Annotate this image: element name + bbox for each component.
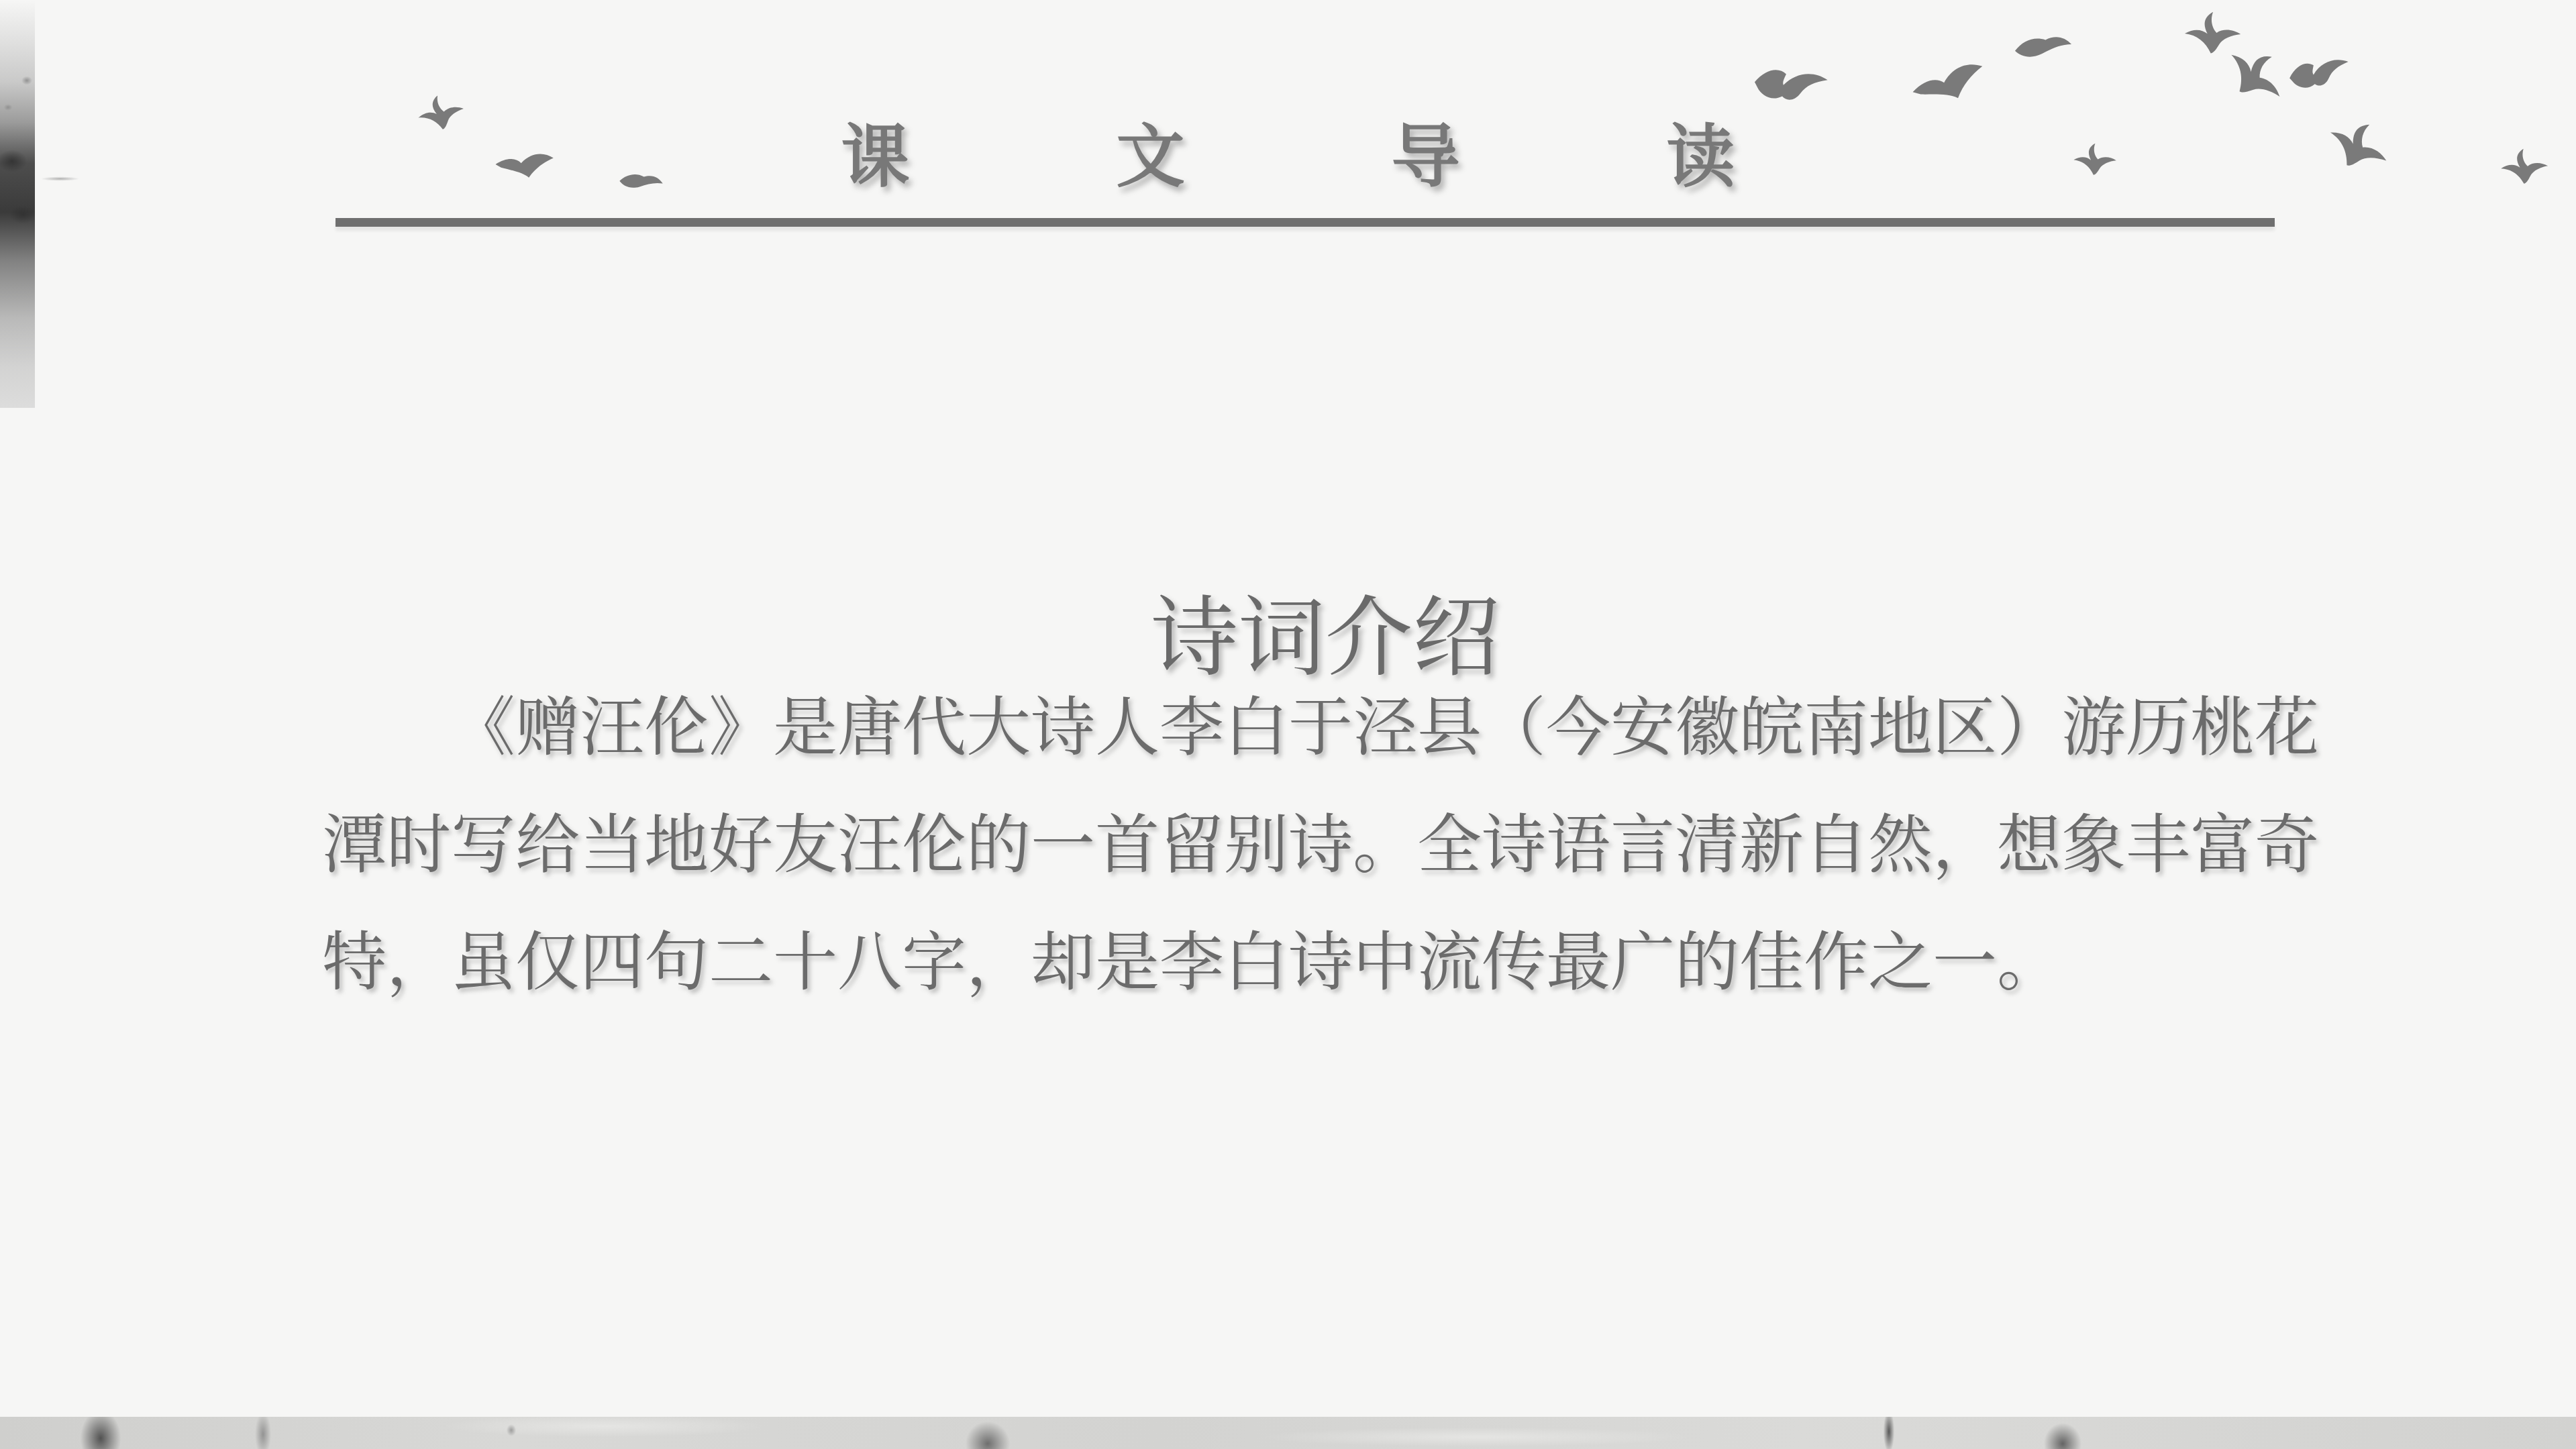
paragraph-line: 潭时写给当地好友汪伦的一首留别诗。全诗语言清新自然，想象丰富奇 [322, 786, 2328, 904]
paragraph-line: 特，虽仅四句二十八字，却是李白诗中流传最广的佳作之一。 [322, 904, 2328, 1021]
intro-paragraph: 《赠汪伦》是唐代大诗人李白于泾县（今安徽皖南地区）游历桃花 潭时写给当地好友汪伦… [322, 669, 2328, 1021]
content-area: 诗词介绍 《赠汪伦》是唐代大诗人李白于泾县（今安徽皖南地区）游历桃花 潭时写给当… [322, 0, 2328, 1449]
ink-wash-tree-strip [0, 0, 35, 408]
slide-root: 课文导读 诗词介绍 《赠汪伦》是唐代大诗人李白于泾县（今安徽皖南地区）游历桃花 … [0, 0, 2576, 1449]
paragraph-line: 《赠汪伦》是唐代大诗人李白于泾县（今安徽皖南地区）游历桃花 [322, 669, 2328, 786]
